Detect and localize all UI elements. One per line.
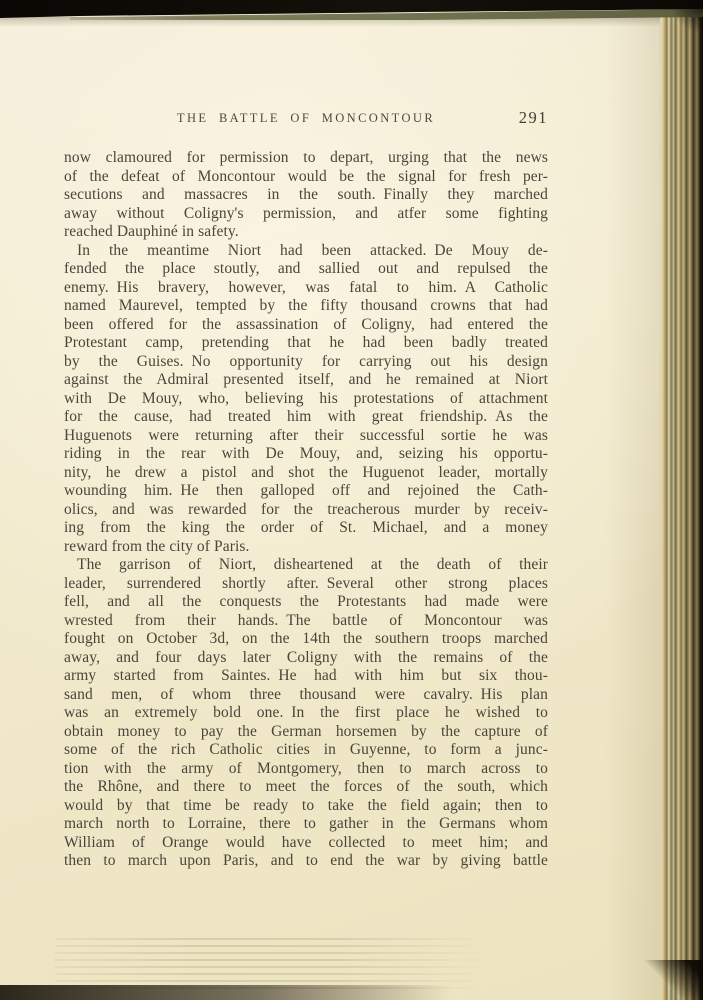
text-line: tion with the army of Montgomery, then t… [64, 760, 548, 779]
text-line: army started from Saintes. He had with h… [64, 667, 548, 686]
text-line: fended the place stoutly, and sallied ou… [64, 260, 548, 279]
text-line: against the Admiral presented itself, an… [64, 371, 548, 390]
text-line: Protestant camp, pretending that he had … [64, 334, 548, 353]
text-line: now clamoured for permission to depart, … [64, 149, 548, 168]
text-line: In the meantime Niort had been attacked.… [64, 242, 548, 261]
book-photo: THE BATTLE OF MONCONTOUR 291 now clamour… [0, 0, 703, 1000]
running-title: THE BATTLE OF MONCONTOUR [64, 108, 548, 126]
text-line: wounding him. He then galloped off and r… [64, 482, 548, 501]
text-line: was an extremely bold one. In the first … [64, 704, 548, 723]
text-line: fought on October 3d, on the 14th the so… [64, 630, 548, 649]
text-line: away without Coligny's permission, and a… [64, 205, 548, 224]
text-line: with De Mouy, who, believing his protest… [64, 390, 548, 409]
text-line: ing from the king the order of St. Micha… [64, 519, 548, 538]
text-line: sand men, of whom three thousand were ca… [64, 686, 548, 705]
text-line: The garrison of Niort, disheartened at t… [64, 556, 548, 575]
text-line: march north to Lorraine, there to gather… [64, 815, 548, 834]
running-head: THE BATTLE OF MONCONTOUR 291 [64, 108, 548, 130]
text-line: fell, and all the conquests the Protesta… [64, 593, 548, 612]
text-line: would by that time be ready to take the … [64, 797, 548, 816]
body-text: now clamoured for permission to depart, … [64, 149, 548, 871]
book-page: THE BATTLE OF MONCONTOUR 291 now clamour… [0, 0, 703, 1000]
text-line: wrested from their hands. The battle of … [64, 612, 548, 631]
text-line: named Maurevel, tempted by the fifty tho… [64, 297, 548, 316]
page-edges-right [659, 8, 703, 1000]
text-line: Huguenots were returning after their suc… [64, 427, 548, 446]
page-edges-bottom-streaks [55, 938, 485, 990]
text-line: William of Orange would have collected t… [64, 834, 548, 853]
text-line: the Rhône, and there to meet the forces … [64, 778, 548, 797]
photo-corner-bottom-right [633, 960, 703, 1000]
photo-corner-top-right [643, 0, 703, 60]
page-number: 291 [519, 108, 548, 128]
text-line: reward from the city of Paris. [64, 538, 548, 557]
text-line: been offered for the assassination of Co… [64, 316, 548, 335]
text-line: enemy. His bravery, however, was fatal t… [64, 279, 548, 298]
text-line: obtain money to pay the German horsemen … [64, 723, 548, 742]
photo-background-bottom [0, 985, 470, 1000]
text-line: then to march upon Paris, and to end the… [64, 852, 548, 871]
text-line: some of the rich Catholic cities in Guye… [64, 741, 548, 760]
text-line: for the cause, had treated him with grea… [64, 408, 548, 427]
text-line: away, and four days later Coligny with t… [64, 649, 548, 668]
text-line: olics, and was rewarded for the treacher… [64, 501, 548, 520]
text-line: secutions and massacres in the south. Fi… [64, 186, 548, 205]
text-line: riding in the rear with De Mouy, and, se… [64, 445, 548, 464]
text-line: reached Dauphiné in safety. [64, 223, 548, 242]
text-line: of the defeat of Moncontour would be the… [64, 168, 548, 187]
text-line: by the Guises. No opportunity for carryi… [64, 353, 548, 372]
text-line: leader, surrendered shortly after. Sever… [64, 575, 548, 594]
text-line: nity, he drew a pistol and shot the Hugu… [64, 464, 548, 483]
